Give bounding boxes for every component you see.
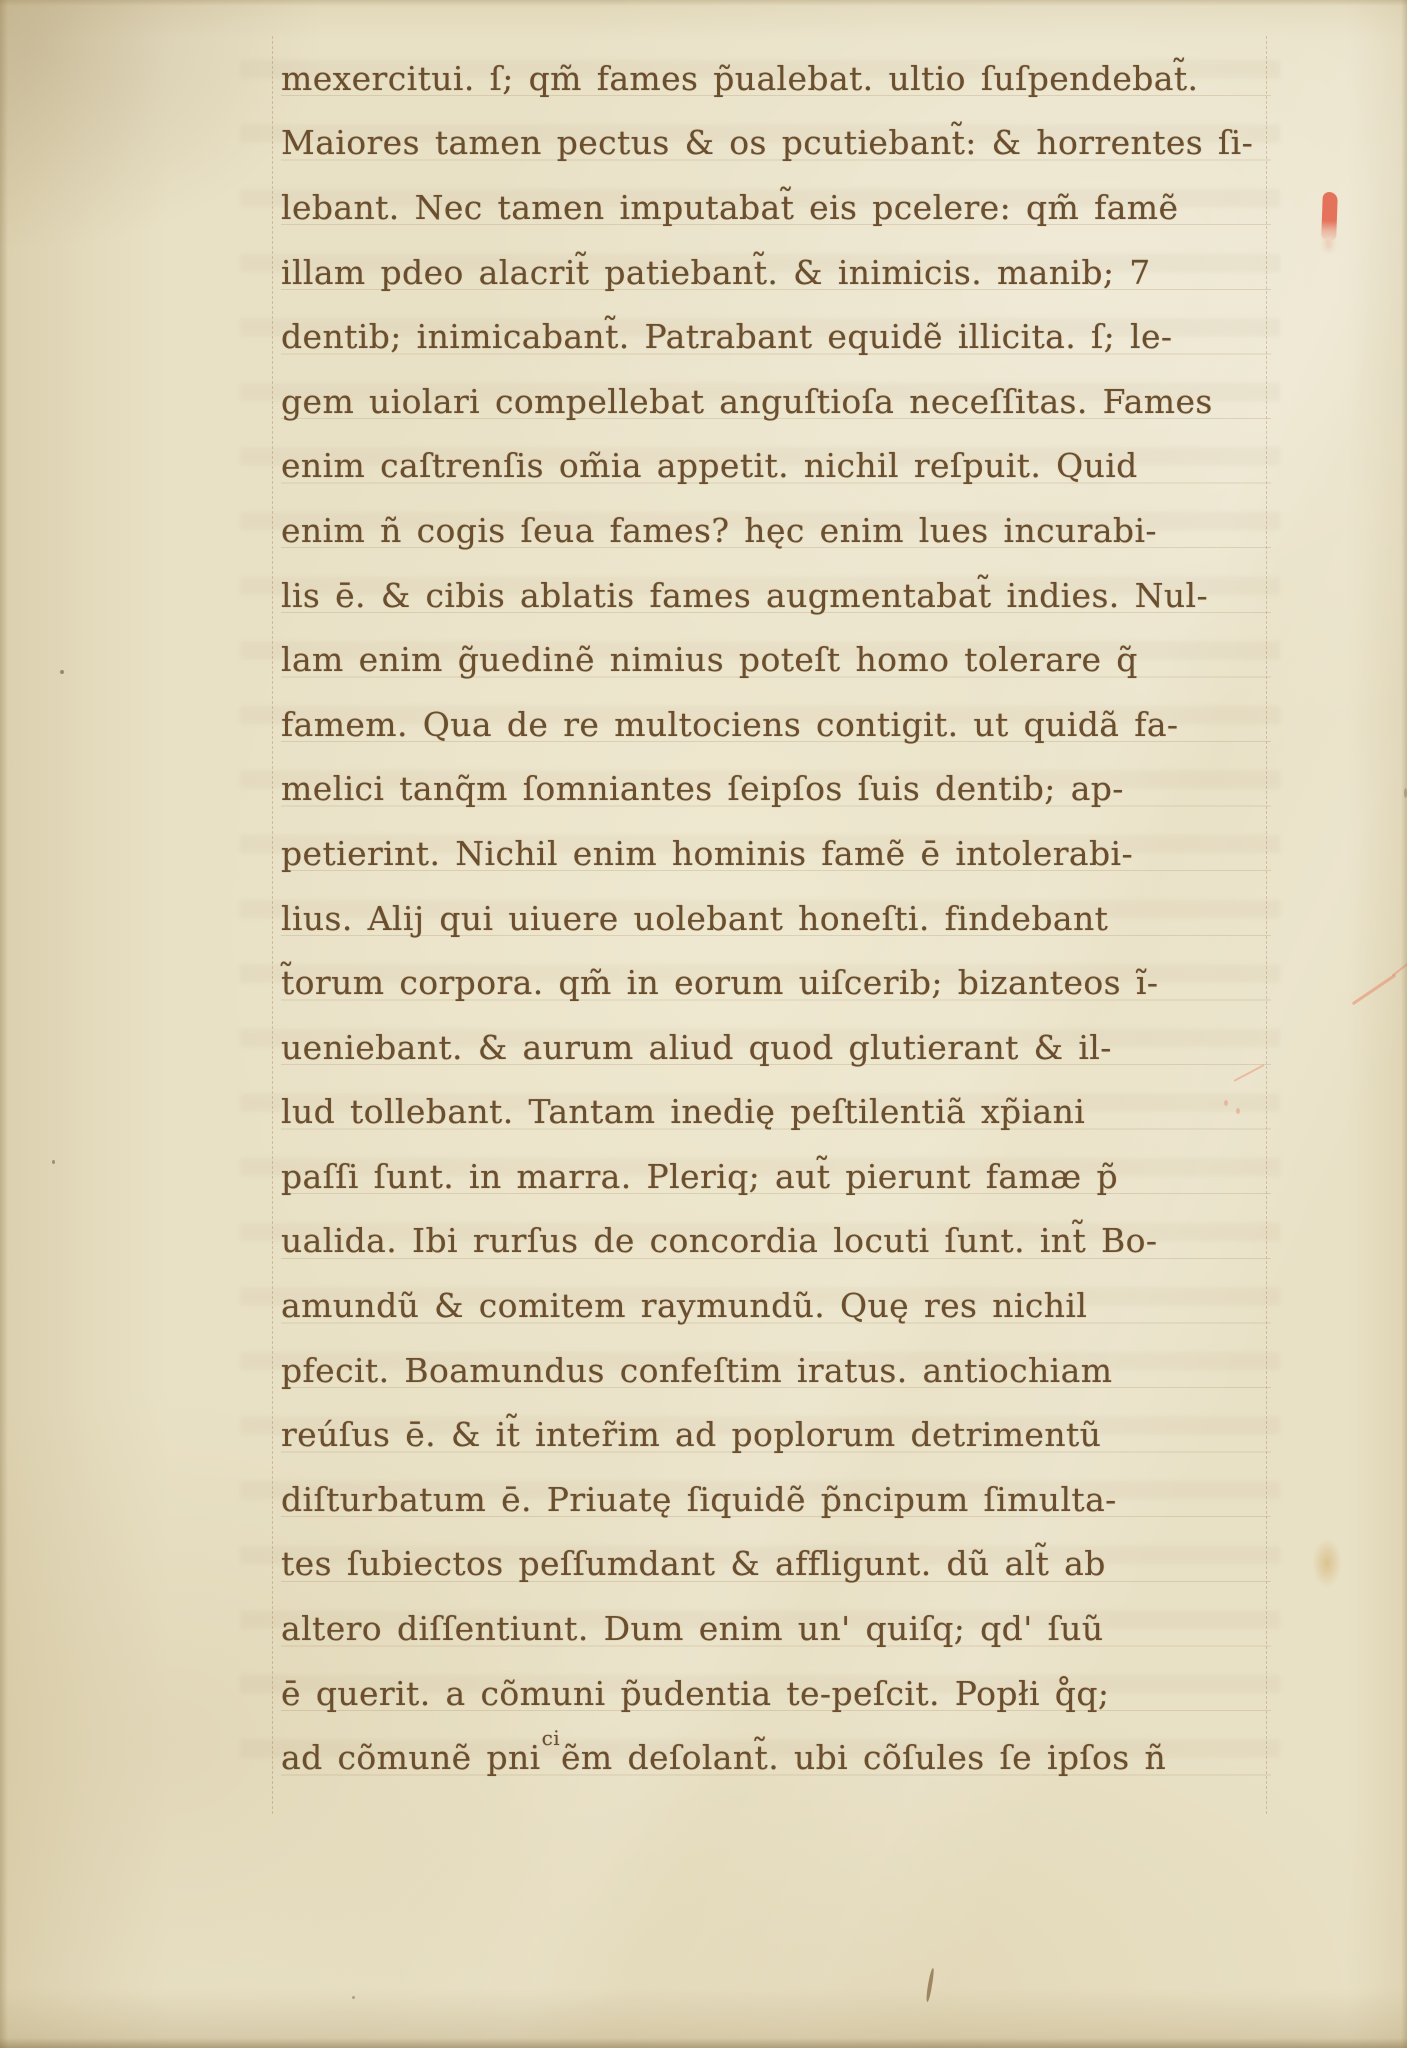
manuscript-line: dentib; inimicabant̃. Patrabant equidẽ i… xyxy=(281,304,1271,369)
parchment-speck xyxy=(60,670,64,674)
red-speck xyxy=(1236,1108,1240,1114)
manuscript-line: amundũ & comitem raymundũ. Quę res nichi… xyxy=(281,1273,1271,1338)
manuscript-line: Maiores tamen pectus & os pcutiebant̃: &… xyxy=(281,111,1271,176)
manuscript-line: lius. Alij qui uiuere uolebant honeſti. … xyxy=(281,886,1271,951)
manuscript-line: mexercitui. ſ; qm̃ fames p̃ualebat. ulti… xyxy=(281,46,1271,111)
manuscript-line: reúſus ē. & it̃ inter̃im ad poplorum det… xyxy=(281,1402,1271,1467)
manuscript-line: diſturbatum ē. Priuatę ſiquidẽ p̃ncipum … xyxy=(281,1467,1271,1532)
manuscript-line: petierint. Nichil enim hominis famẽ ē in… xyxy=(281,821,1271,886)
manuscript-line: ualida. Ibi rurſus de concordia locuti ſ… xyxy=(281,1209,1271,1274)
parchment-speck xyxy=(352,1996,355,1999)
manuscript-line: ueniebant. & aurum aliud quod glutierant… xyxy=(281,1015,1271,1080)
manuscript-line: tes ſubiectos peſſumdant & affligunt. dũ… xyxy=(281,1532,1271,1597)
manuscript-line: ad cõmunẽ pniciẽm deſolant̃. ubi cõſules… xyxy=(281,1725,1271,1790)
manuscript-line: altero diſſentiunt. Dum enim un' quiſq; … xyxy=(281,1596,1271,1661)
red-pigment-mark xyxy=(1321,192,1338,240)
parchment-speck xyxy=(52,1160,55,1164)
manuscript-line: enim caſtrenſis om̃ia appetit. nichil re… xyxy=(281,434,1271,499)
manuscript-line: melici tanq̃m ſomniantes ſeipſos ſuis de… xyxy=(281,757,1271,822)
yellow-stain xyxy=(1312,1538,1342,1588)
manuscript-line: enim ñ cogis ſeua fames? hęc enim lues i… xyxy=(281,498,1271,563)
manuscript-lines: mexercitui. ſ; qm̃ fames p̃ualebat. ulti… xyxy=(281,46,1271,1790)
manuscript-line: gem uiolari compellebat anguſtioſa neceſ… xyxy=(281,369,1271,434)
left-ruling-line xyxy=(272,36,273,1814)
manuscript-line: lud tollebant. Tantam inedię peſtilentiã… xyxy=(281,1080,1271,1145)
manuscript-line: pfecit. Boamundus confeſtim iratus. anti… xyxy=(281,1338,1271,1403)
manuscript-line: famem. Qua de re multociens contigit. ut… xyxy=(281,692,1271,757)
manuscript-line: t̃orum corpora. qm̃ in eorum uiſcerib; b… xyxy=(281,950,1271,1015)
manuscript-line: lis ē. & cibis ablatis fames augmentabat… xyxy=(281,563,1271,628)
manuscript-line: lam enim g̃uedinẽ nimius poteſt homo tol… xyxy=(281,627,1271,692)
manuscript-line: ē querit. a cõmuni p̃udentia te-peſcit. … xyxy=(281,1661,1271,1726)
interlinear-correction: ci xyxy=(542,1726,560,1750)
manuscript-line: lebant. Nec tamen imputabat̃ eis pcelere… xyxy=(281,175,1271,240)
manuscript-line: illam pdeo alacrit̃ patiebant̃. & inimic… xyxy=(281,240,1271,305)
red-speck xyxy=(1224,1100,1228,1106)
manuscript-line: paſſi ſunt. in marra. Pleriq; aut̃ pieru… xyxy=(281,1144,1271,1209)
